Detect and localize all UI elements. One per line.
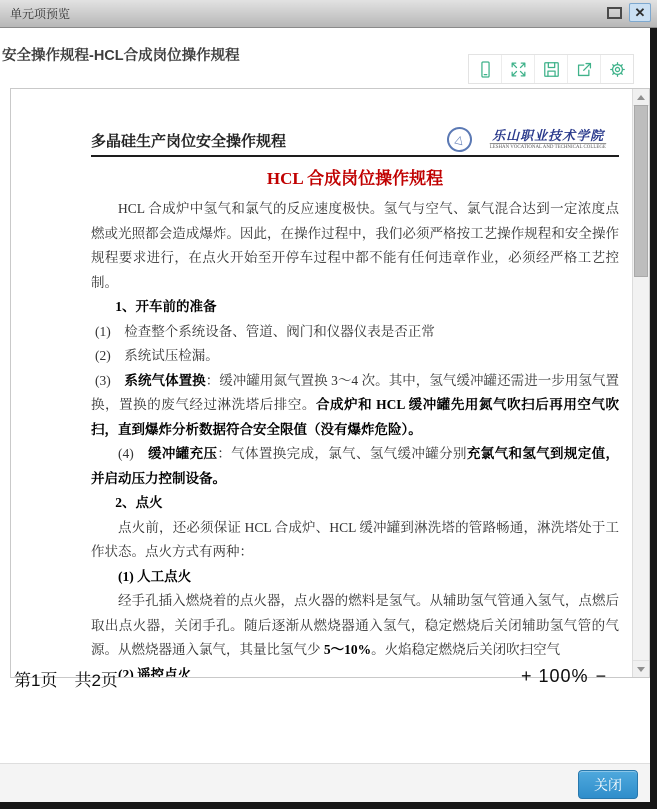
doc-paragraph: 点火前，还必须保证 HCL 合成炉、HCL 缓冲罐到淋洗塔的管路畅通，淋洗塔处于…	[91, 516, 619, 565]
dialog-body: 安全操作规程-HCL合成岗位操作规程	[0, 28, 650, 802]
save-icon	[542, 60, 561, 79]
doc-paragraph: (1) 人工点火	[91, 565, 619, 590]
document-paragraphs: HCL 合成炉中氢气和氯气的反应速度极快。氢气与空气、氯气混合达到一定浓度点燃或…	[91, 197, 619, 677]
vertical-scrollbar[interactable]	[632, 89, 649, 677]
doc-paragraph: 经手孔插入燃烧着的点火器，点火器的燃料是氢气。从辅助氢气管通入氢气，点燃后取出点…	[91, 589, 619, 663]
zoom-control: + 100% −	[521, 665, 606, 687]
page-indicator: 第1页 共2页	[14, 666, 118, 691]
maximize-icon[interactable]	[607, 7, 622, 19]
doc-paragraph: 1、开车前的准备	[91, 295, 619, 320]
close-dialog-button[interactable]: 关闭	[578, 770, 638, 799]
document-header-title: 多晶硅生产岗位安全操作规程	[91, 132, 286, 152]
document-title: HCL 合成岗位操作规程	[91, 168, 619, 190]
dialog-title: 单元项预览	[0, 5, 70, 22]
scroll-up-button[interactable]	[633, 89, 649, 106]
fullscreen-icon	[509, 60, 528, 79]
settings-button[interactable]	[601, 55, 633, 83]
doc-paragraph: 2、点火	[91, 491, 619, 516]
doc-paragraph: (4) 缓冲罐充压：气体置换完成，氯气、氢气缓冲罐分别充氯气和氢气到规定值，并启…	[91, 442, 619, 491]
settings-icon	[608, 60, 627, 79]
zoom-out-button[interactable]: −	[596, 665, 607, 687]
window-controls: ✕	[607, 3, 651, 22]
mobile-preview-icon	[476, 60, 495, 79]
doc-paragraph: (3) 系统气体置换：缓冲罐用氮气置换 3～4 次。其中，氢气缓冲罐还需进一步用…	[91, 369, 619, 443]
current-page-label: 第1页	[14, 666, 57, 691]
college-seal-icon: △	[445, 124, 475, 154]
college-name: 乐山职业技术学院	[492, 128, 604, 143]
zoom-level-label: 100%	[539, 666, 589, 687]
doc-paragraph: HCL 合成炉中氢气和氯气的反应速度极快。氢气与空气、氯气混合达到一定浓度点燃或…	[91, 197, 619, 295]
total-pages-label: 共2页	[74, 666, 117, 691]
preview-toolbar	[468, 54, 634, 84]
doc-paragraph: (2) 系统试压检漏。	[91, 344, 619, 369]
close-icon[interactable]: ✕	[629, 3, 651, 22]
scroll-down-button[interactable]	[633, 660, 649, 677]
triangle-up-icon	[637, 95, 645, 100]
document-preview-pane: 多晶硅生产岗位安全操作规程 △ 乐山职业技术学院 LESHAN VOCATION…	[10, 88, 650, 678]
college-logo: △ 乐山职业技术学院 LESHAN VOCATIONAL AND TECHNIC…	[447, 127, 619, 152]
fullscreen-button[interactable]	[502, 55, 535, 83]
mobile-preview-button[interactable]	[469, 55, 502, 83]
zoom-in-button[interactable]: +	[521, 665, 532, 687]
doc-paragraph: (1) 检查整个系统设备、管道、阀门和仪器仪表是否正常	[91, 320, 619, 345]
dialog-footer: 关闭	[0, 763, 650, 802]
scrollbar-thumb[interactable]	[634, 105, 648, 277]
document-header: 多晶硅生产岗位安全操作规程 △ 乐山职业技术学院 LESHAN VOCATION…	[91, 127, 619, 157]
page-title: 安全操作规程-HCL合成岗位操作规程	[2, 44, 240, 65]
dialog-titlebar: 单元项预览 ✕	[0, 0, 657, 28]
college-name-en: LESHAN VOCATIONAL AND TECHNICAL COLLEGE	[490, 143, 606, 150]
export-button[interactable]	[568, 55, 601, 83]
export-icon	[575, 60, 594, 79]
preview-dialog: 单元项预览 ✕ 安全操作规程-HCL合成岗位操作规程	[0, 0, 657, 809]
triangle-down-icon	[637, 667, 645, 672]
document-page: 多晶硅生产岗位安全操作规程 △ 乐山职业技术学院 LESHAN VOCATION…	[11, 89, 632, 677]
save-button[interactable]	[535, 55, 568, 83]
